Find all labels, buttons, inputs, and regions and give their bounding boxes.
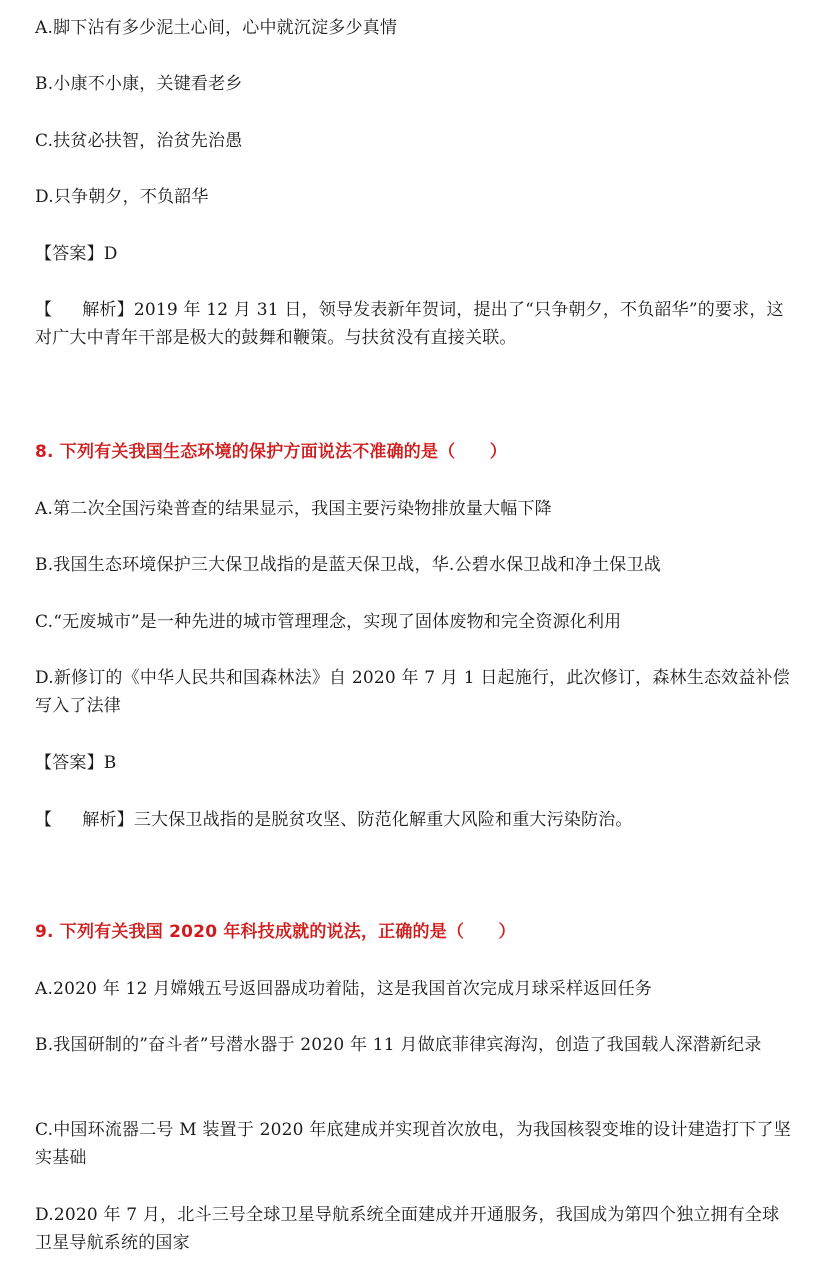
q8-option-c: C.“无废城市”是一种先进的城市管理理念，实现了固体废物和完全资源化利用 (35, 608, 794, 636)
q8-question: 8. 下列有关我国生态环境的保护方面说法不准确的是（ ） (35, 438, 794, 466)
q9-option-d: D.2020 年 7 月，北斗三号全球卫星导航系统全面建成并开通服务，我国成为第… (35, 1201, 794, 1257)
q8-option-b: B.我国生态环境保护三大保卫战指的是蓝天保卫战，华.公碧水保卫战和净土保卫战 (35, 551, 794, 579)
analysis-label: 解析】 (82, 300, 134, 320)
q9-question: 9. 下列有关我国 2020 年科技成就的说法，正确的是（ ） (35, 918, 794, 946)
analysis-text: 2019 年 12 月 31 日，领导发表新年贺词，提出了“只争朝夕，不负韶华”… (35, 300, 784, 348)
q7-analysis: 【解析】2019 年 12 月 31 日，领导发表新年贺词，提出了“只争朝夕，不… (35, 296, 794, 352)
q9-option-b: B.我国研制的”奋斗者”号潜水器于 2020 年 11 月做底菲律宾海沟，创造了… (35, 1031, 794, 1059)
q7-option-b: B.小康不小康，关键看老乡 (35, 70, 794, 98)
q8-option-d: D.新修订的《中华人民共和国森林法》自 2020 年 7 月 1 日起施行，此次… (35, 664, 794, 720)
q9-option-a: A.2020 年 12 月嫦娥五号返回器成功着陆，这是我国首次完成月球采样返回任… (35, 975, 794, 1003)
q8-option-a: A.第二次全国污染普查的结果显示，我国主要污染物排放量大幅下降 (35, 495, 794, 523)
analysis-text: 三大保卫战指的是脱贫攻坚、防范化解重大风险和重大污染防治。 (134, 810, 633, 830)
analysis-bracket: 【 (35, 300, 52, 320)
analysis-label: 解析】 (82, 810, 134, 830)
q7-option-d: D.只争朝夕，不负韶华 (35, 183, 794, 211)
q7-option-c: C.扶贫必扶智，治贫先治愚 (35, 127, 794, 155)
q8-answer: 【答案】B (35, 749, 794, 777)
q9-option-c: C.中国环流器二号 M 装置于 2020 年底建成并实现首次放电，为我国核裂变堆… (35, 1116, 794, 1172)
q7-answer: 【答案】D (35, 240, 794, 268)
analysis-bracket: 【 (35, 810, 52, 830)
q7-option-a: A.脚下沾有多少泥土心间，心中就沉淀多少真情 (35, 14, 794, 42)
q8-analysis: 【解析】三大保卫战指的是脱贫攻坚、防范化解重大风险和重大污染防治。 (35, 806, 794, 834)
